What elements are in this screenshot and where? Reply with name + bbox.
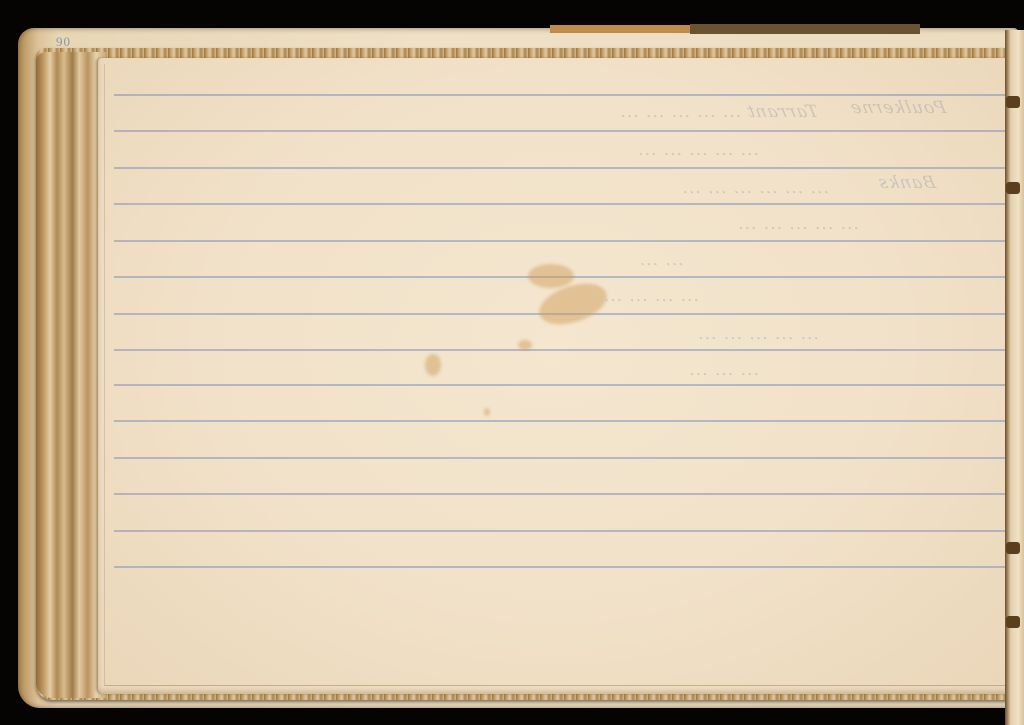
ghost-line: Tarrant ... ... ... ... ... — [346, 102, 820, 122]
ruled-line — [114, 457, 1010, 459]
ghost-line: ... ... ... ... ... — [116, 324, 820, 344]
stain — [484, 408, 490, 416]
binding-stitch — [1006, 616, 1020, 628]
ruled-line — [114, 420, 1010, 422]
ghost-line: ... ... ... ... ... ... — [326, 178, 830, 198]
stain — [528, 264, 574, 288]
binding-stitch — [1006, 542, 1020, 554]
notebook-photo: 90 Poulkerne Tarrant ... ... ... ... ...… — [0, 0, 1024, 725]
binding-stitch — [1006, 182, 1020, 194]
ghost-margin-note: Poulkerne — [848, 98, 948, 118]
ghost-line: ... ... ... — [356, 360, 760, 380]
binding-strip-dark — [690, 24, 920, 34]
ghost-line: ... ... — [636, 250, 685, 270]
notebook-page: Poulkerne Tarrant ... ... ... ... ... ..… — [98, 58, 1010, 694]
ruled-line — [114, 240, 1010, 242]
ghost-line: ... ... ... ... ... — [356, 140, 760, 160]
ruled-line — [114, 130, 1010, 132]
ghost-margin-note: Banks — [876, 173, 938, 193]
ruled-line — [114, 384, 1010, 386]
ghost-line: ... ... ... ... ... — [456, 214, 860, 234]
ruled-line — [114, 530, 1010, 532]
ruled-line — [114, 493, 1010, 495]
ruled-line — [114, 167, 1010, 169]
ruled-line — [114, 349, 1010, 351]
ruled-line — [114, 94, 1010, 96]
stain — [518, 340, 532, 350]
binding-strip-orange — [550, 25, 695, 33]
page-stack-edge — [36, 52, 106, 698]
ruled-line — [114, 566, 1010, 568]
stain — [425, 354, 441, 376]
binding-stitch — [1006, 96, 1020, 108]
ruled-line — [114, 203, 1010, 205]
